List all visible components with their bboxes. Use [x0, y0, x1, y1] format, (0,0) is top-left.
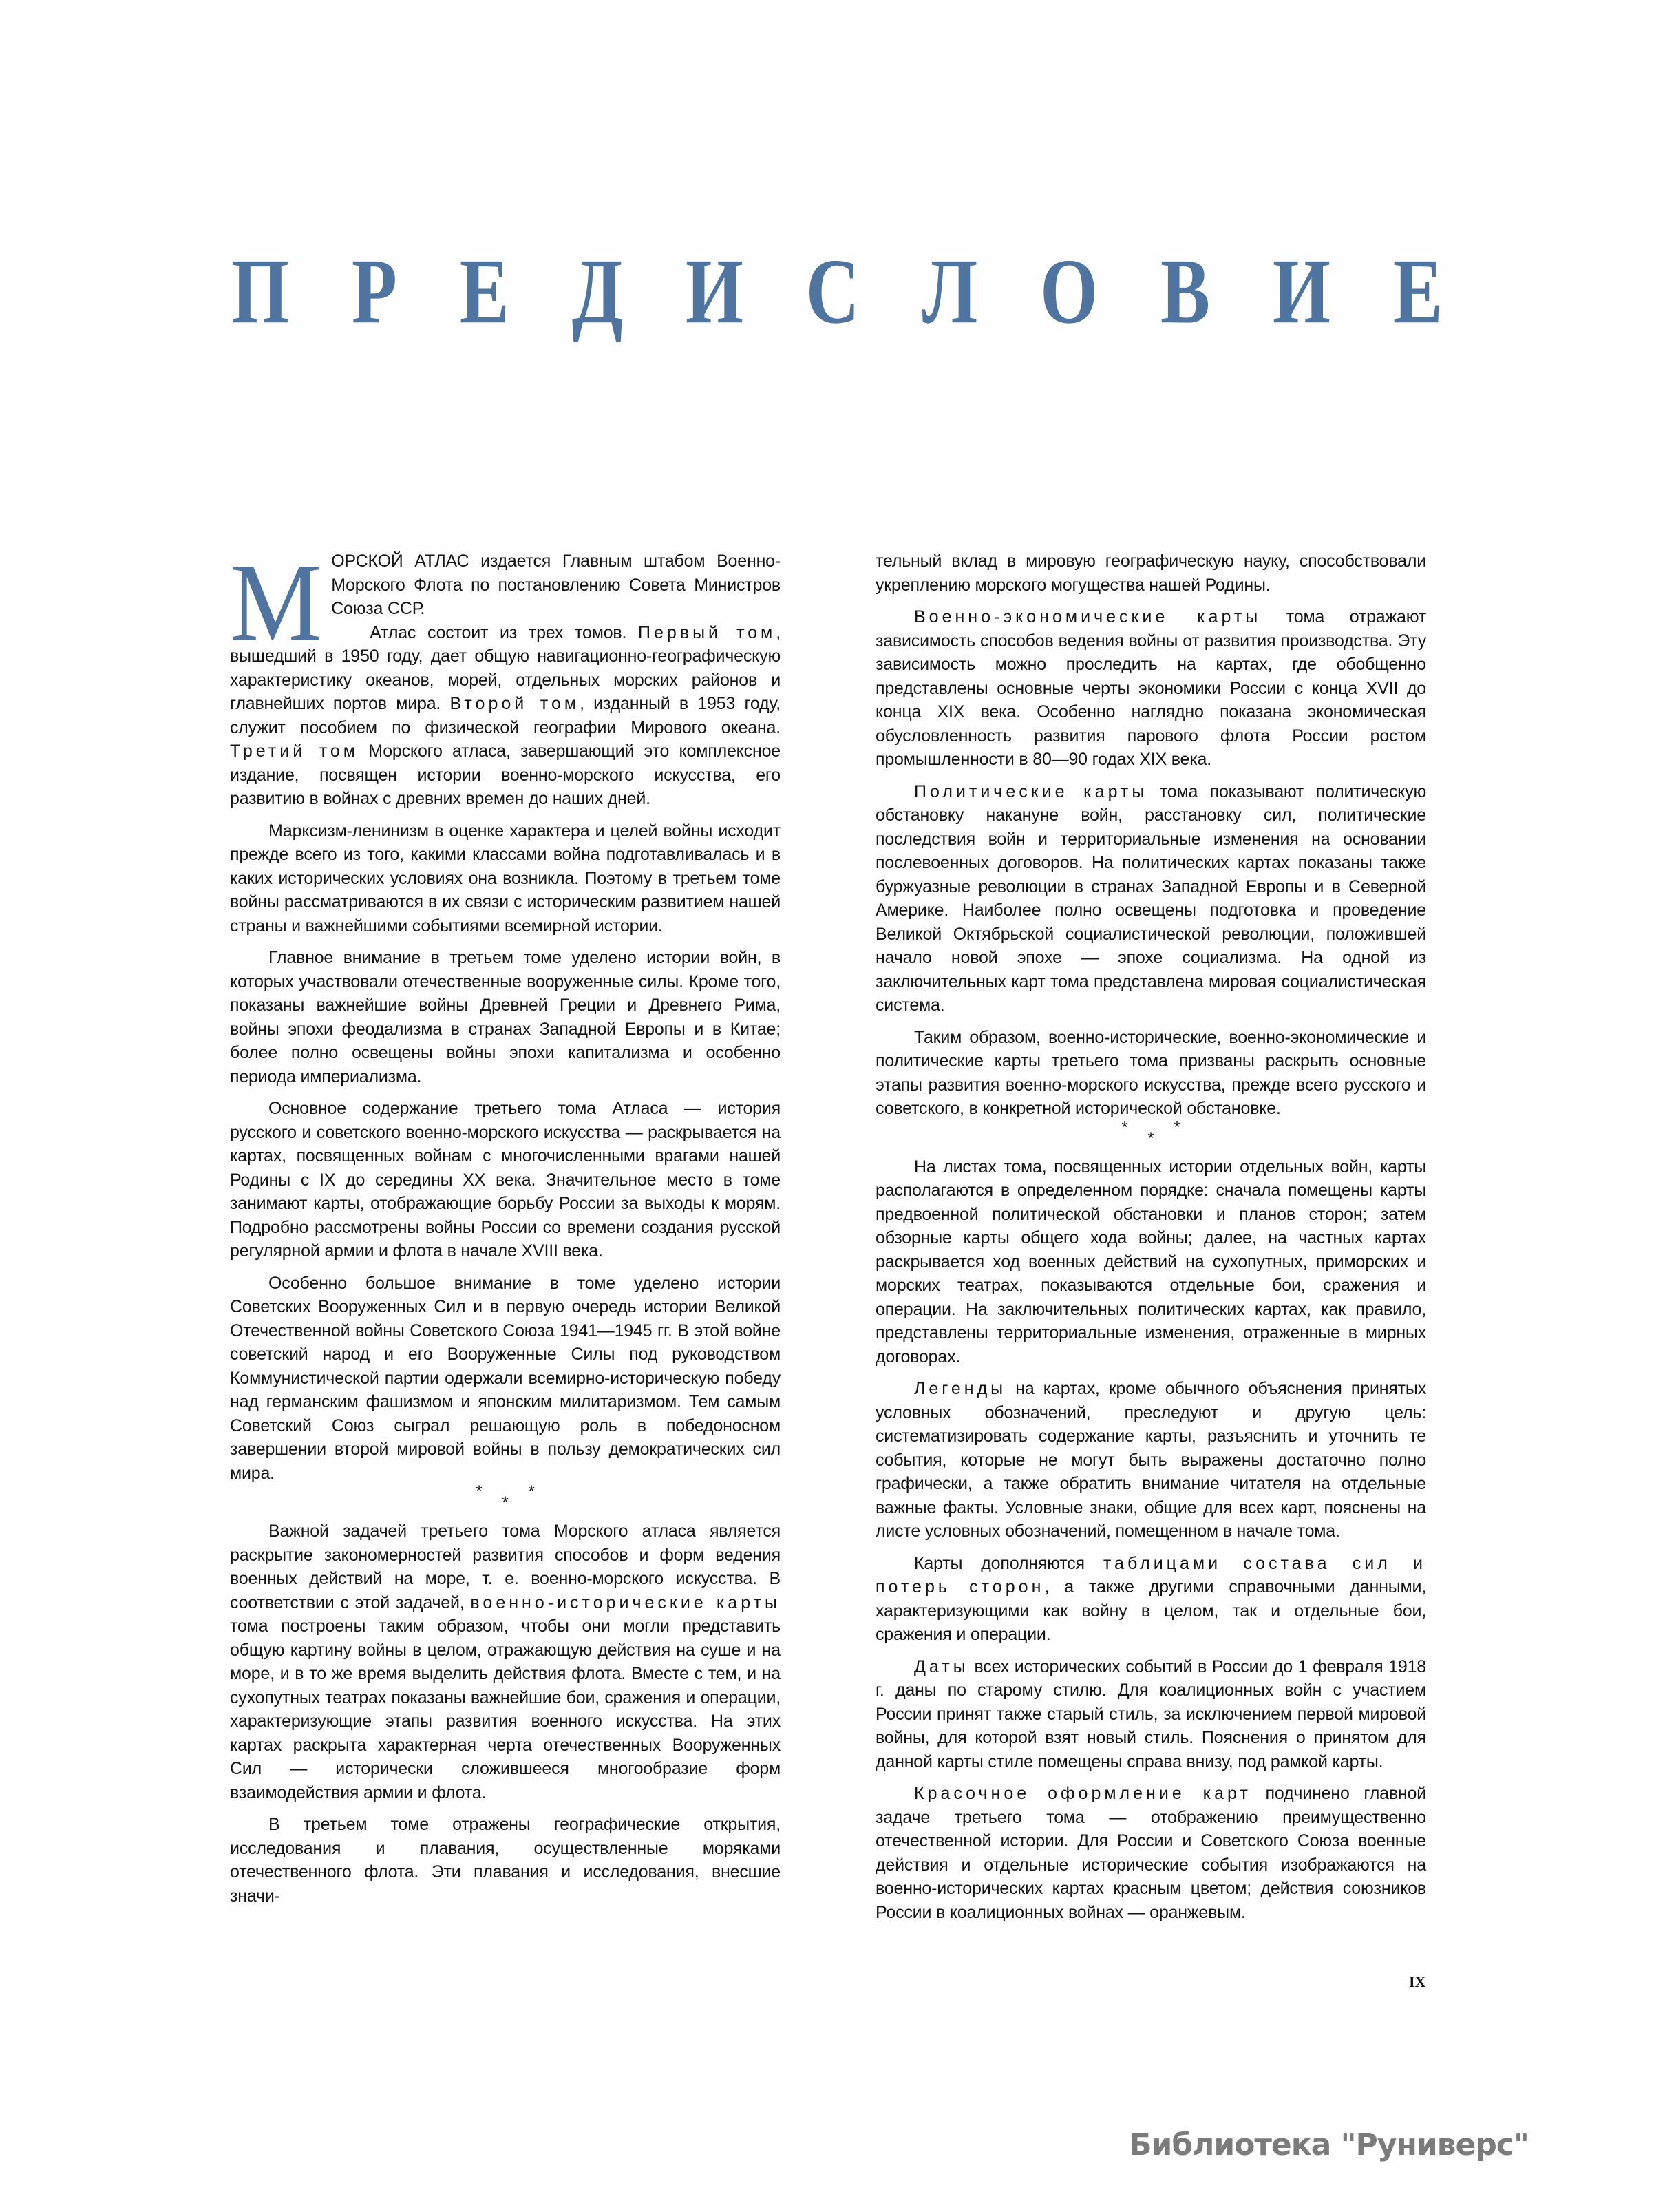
- paragraph: На листах тома, посвященных истории отде…: [876, 1155, 1426, 1369]
- lead-caps: ОРСКОЙ АТЛАС: [331, 551, 469, 571]
- emphasis: Политические карты: [914, 782, 1147, 801]
- paragraph: Даты всех исторических событий в России …: [876, 1655, 1426, 1774]
- paragraph: В третьем томе отражены географические о…: [230, 1813, 781, 1908]
- emphasis: Красочное оформление карт: [914, 1784, 1251, 1803]
- title-letter: Е: [1393, 246, 1443, 339]
- paragraph: Военно-экономические карты тома отражают…: [876, 605, 1426, 772]
- paragraph: Важной задачей третьего тома Морского ат…: [230, 1519, 781, 1804]
- library-watermark: Библиотека "Руниверс": [1129, 2127, 1529, 2162]
- title-letter: Е: [460, 246, 509, 339]
- title-letter: П: [231, 246, 289, 339]
- intro-paragraph: М ОРСКОЙ АТЛАС издается Главным штабом В…: [230, 549, 781, 811]
- emphasis: Первый том: [638, 623, 776, 642]
- paragraph: Марксизм-ленинизм в оценке характера и ц…: [230, 819, 781, 938]
- title-letter: И: [686, 246, 743, 339]
- emphasis: Военно-экономические карты: [914, 607, 1261, 626]
- paragraph: Карты дополняются таблицами состава сил …: [876, 1552, 1426, 1647]
- paragraph: Политические карты тома показывают полит…: [876, 780, 1426, 1018]
- paragraph: Красочное оформление карт подчинено глав…: [876, 1782, 1426, 1924]
- page-number: IX: [1409, 1973, 1425, 1991]
- title-letter: В: [1160, 246, 1210, 339]
- title-letter: Р: [352, 246, 397, 339]
- paragraph: Таким образом, военно-исторические, воен…: [876, 1026, 1426, 1121]
- title-letter: С: [806, 246, 860, 339]
- emphasis: военно-исторические карты: [470, 1593, 781, 1612]
- title-letter: И: [1273, 246, 1330, 339]
- paragraph: Главное внимание в третьем томе уделено …: [230, 946, 781, 1088]
- asterism-divider: * * *: [876, 1122, 1426, 1144]
- emphasis: Второй том: [450, 694, 580, 713]
- emphasis: Даты: [914, 1657, 969, 1676]
- title-letter: Л: [922, 246, 977, 339]
- title-letter: О: [1040, 246, 1098, 339]
- title-letter: Д: [572, 246, 623, 339]
- paragraph: Легенды на картах, кроме обычного объясн…: [876, 1377, 1426, 1544]
- emphasis: Легенды: [914, 1379, 1006, 1398]
- left-column: М ОРСКОЙ АТЛАС издается Главным штабом В…: [230, 549, 781, 1916]
- paragraph: тельный вклад в мировую географическую н…: [876, 549, 1426, 597]
- drop-cap: М: [230, 555, 321, 650]
- paragraph: Особенно большое внимание в томе уделено…: [230, 1272, 781, 1486]
- page-title: П Р Е Д И С Л О В И Е: [231, 235, 1443, 339]
- emphasis: Третий том: [230, 741, 359, 761]
- right-column: тельный вклад в мировую географическую н…: [876, 549, 1426, 1932]
- paragraph: Основное содержание третьего тома Атласа…: [230, 1097, 781, 1263]
- asterism-divider: * * *: [230, 1486, 781, 1508]
